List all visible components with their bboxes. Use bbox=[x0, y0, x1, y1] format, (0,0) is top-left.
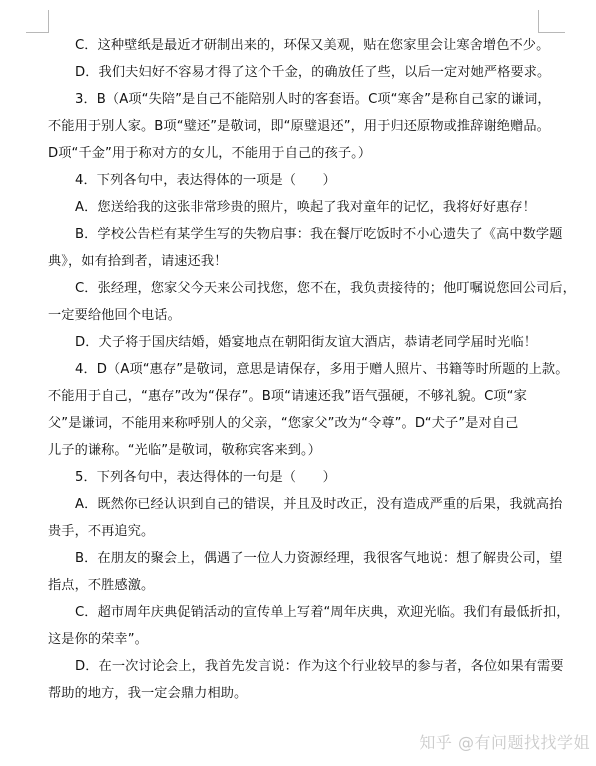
answer-4-line-2: 不能用于自己，“惠存”改为“保存”。B项“请速还我”语气强硬，不够礼貌。C项“家 bbox=[48, 383, 552, 410]
option-c-q5-line-1: C．超市周年庆典促销活动的宣传单上写着“周年庆典，欢迎光临。我们有最低折扣， bbox=[48, 599, 552, 626]
page-corner-mark-top-left bbox=[26, 10, 49, 33]
option-c-q4-line-2: 一定要给他回个电话。 bbox=[48, 302, 552, 329]
option-a-q5-line-2: 贵手，不再追究。 bbox=[48, 518, 552, 545]
option-b-q5-line-2: 指点，不胜感激。 bbox=[48, 572, 552, 599]
option-a-q5-line-1: A．既然你已经认识到自己的错误，并且及时改正，没有造成严重的后果，我就高抬 bbox=[48, 491, 552, 518]
option-d-q3: D．我们夫妇好不容易才得了这个千金，的确放任了些，以后一定对她严格要求。 bbox=[48, 59, 552, 86]
zhihu-watermark: 知乎 @有问题找找学姐 bbox=[419, 730, 590, 753]
answer-3-line-1: 3．B（A项“失陪”是自己不能陪别人时的客套语。C项“寒舍”是称自己家的谦词， bbox=[48, 86, 552, 113]
option-a-q4: A．您送给我的这张非常珍贵的照片，唤起了我对童年的记忆，我将好好惠存！ bbox=[48, 194, 552, 221]
answer-4-line-1: 4．D（A项“惠存”是敬词，意思是请保存，多用于赠人照片、书籍等时所题的上款。 bbox=[48, 356, 552, 383]
answer-3-line-3: D项“千金”用于称对方的女儿，不能用于自己的孩子。） bbox=[48, 140, 552, 167]
option-c-q3: C．这种壁纸是最近才研制出来的，环保又美观，贴在您家里会让寒舍增色不少。 bbox=[48, 32, 552, 59]
option-b-q5-line-1: B．在朋友的聚会上，偶遇了一位人力资源经理，我很客气地说：想了解贵公司，望 bbox=[48, 545, 552, 572]
document-page: C．这种壁纸是最近才研制出来的，环保又美观，贴在您家里会让寒舍增色不少。 D．我… bbox=[48, 32, 552, 707]
answer-3-line-2: 不能用于别人家。B项“璧还”是敬词，即“原璧退还”，用于归还原物或推辞谢绝赠品。 bbox=[48, 113, 552, 140]
option-c-q5-line-2: 这是你的荣幸”。 bbox=[48, 626, 552, 653]
answer-4-line-4: 儿子的谦称。“光临”是敬词，敬称宾客来到。） bbox=[48, 437, 552, 464]
question-5-stem: 5．下列各句中，表达得体的一句是（ ） bbox=[48, 464, 552, 491]
option-c-q4-line-1: C．张经理，您家父今天来公司找您，您不在，我负责接待的；他叮嘱说您回公司后， bbox=[48, 275, 552, 302]
option-d-q5-line-2: 帮助的地方，我一定会鼎力相助。 bbox=[48, 680, 552, 707]
page-corner-mark-top-right bbox=[538, 10, 565, 33]
option-b-q4-line-2: 典》，如有拾到者，请速还我！ bbox=[48, 248, 552, 275]
answer-4-line-3: 父”是谦词，不能用来称呼别人的父亲，“您家父”改为“令尊”。D“犬子”是对自己 bbox=[48, 410, 552, 437]
question-4-stem: 4．下列各句中，表达得体的一项是（ ） bbox=[48, 167, 552, 194]
option-d-q4: D．犬子将于国庆结婚，婚宴地点在朝阳街友谊大酒店，恭请老同学届时光临！ bbox=[48, 329, 552, 356]
option-b-q4-line-1: B．学校公告栏有某学生写的失物启事：我在餐厅吃饭时不小心遗失了《高中数学题 bbox=[48, 221, 552, 248]
option-d-q5-line-1: D．在一次讨论会上，我首先发言说：作为这个行业较早的参与者，各位如果有需要 bbox=[48, 653, 552, 680]
